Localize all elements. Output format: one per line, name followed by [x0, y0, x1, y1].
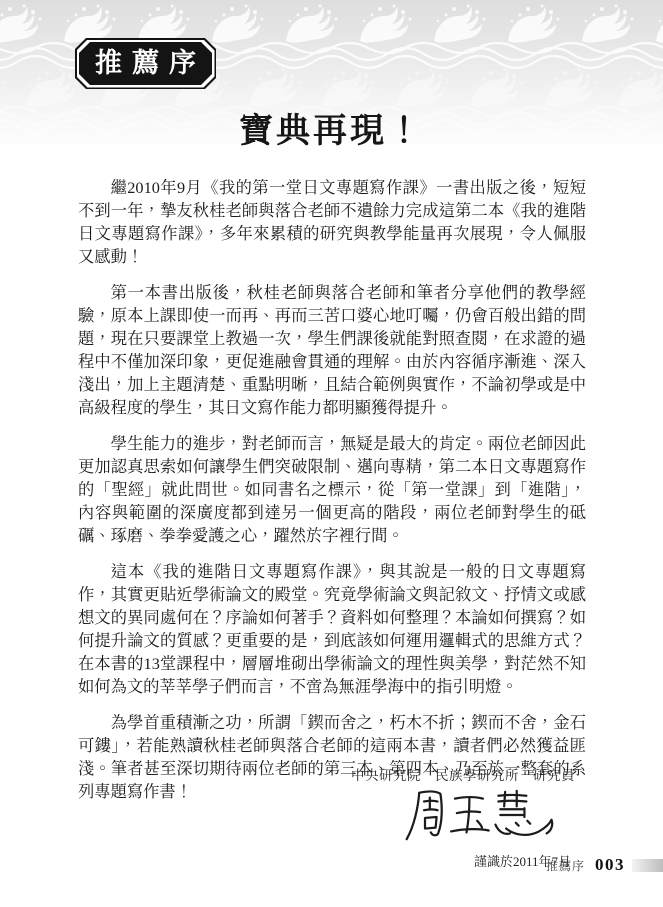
- preface-paragraph-4: 這本《我的進階日文專題寫作課》，與其說是一般的日文專題寫作，其實更貼近學術論文的…: [78, 560, 586, 698]
- page-title: 寶典再現！: [0, 103, 663, 152]
- book-page: 推薦序 寶典再現！ 繼2010年9月《我的第一堂日文專題寫作課》一書出版之後，短…: [0, 0, 663, 907]
- colophon: 中央研究院 民族學研究所 研究員: [351, 764, 575, 870]
- preface-paragraph-3: 學生能力的進步，對老師而言，無疑是最大的肯定。兩位老師因此更加認真思索如何讓學生…: [78, 432, 586, 547]
- page-footer: 推薦序 003: [546, 857, 663, 873]
- section-badge: 推薦序: [75, 38, 216, 89]
- badge-border: 推薦序: [77, 40, 215, 88]
- preface-paragraph-2: 第一本書出版後，秋桂老師與落合老師和筆者分享他們的教學經驗，原本上課即使一而再、…: [78, 281, 586, 419]
- signature: [401, 788, 561, 844]
- preface-paragraph-1: 繼2010年9月《我的第一堂日文專題寫作課》一書出版之後，短短不到一年，摯友秋桂…: [78, 176, 586, 268]
- preface-body: 繼2010年9月《我的第一堂日文專題寫作課》一書出版之後，短短不到一年，摯友秋桂…: [78, 176, 586, 816]
- footer-section-label: 推薦序: [546, 857, 585, 874]
- attribution: 中央研究院 民族學研究所 研究員: [351, 764, 575, 784]
- badge-label: 推薦序: [95, 50, 206, 77]
- date-line: 謹識於2011年7月: [351, 851, 571, 870]
- signature-handwriting-icon: [401, 788, 561, 844]
- badge-core: 推薦序: [79, 42, 212, 85]
- footer-page-number: 003: [595, 855, 625, 875]
- footer-gradient-bar: [632, 859, 663, 872]
